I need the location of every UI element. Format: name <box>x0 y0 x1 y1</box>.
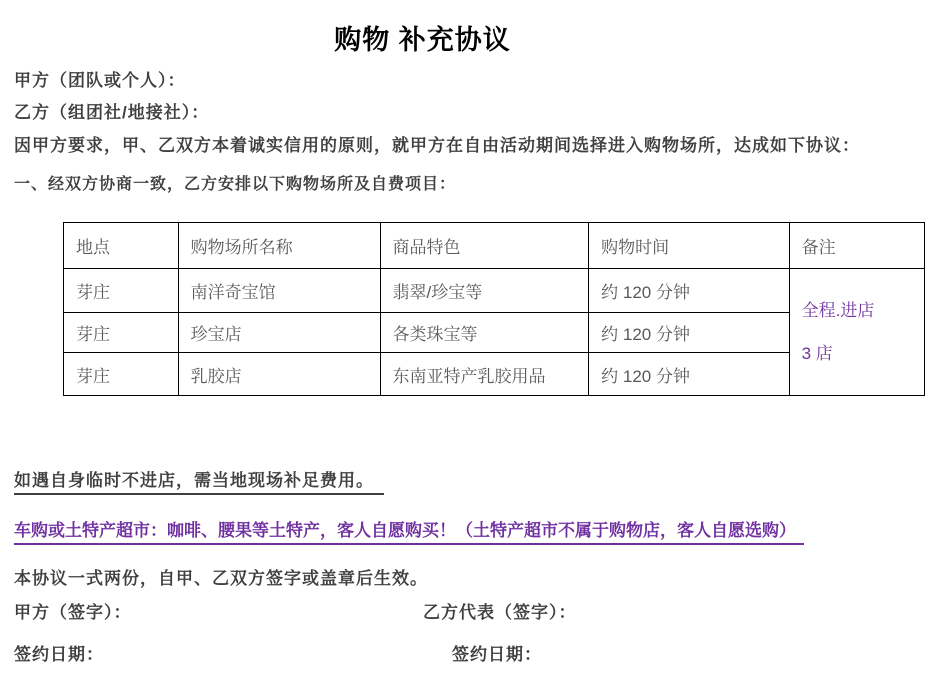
sign-date-a-label: 签约日期： <box>14 640 104 665</box>
cell-feature: 翡翠/珍宝等 <box>380 269 589 313</box>
header-location: 地点 <box>64 223 179 269</box>
party-b-line: 乙方（组团社/地接社）： <box>14 98 209 123</box>
document-page: 购物 补充协议 甲方（团队或个人）： 乙方（组团社/地接社）： 因甲方要求，甲、… <box>0 0 925 675</box>
no-entry-note: 如遇自身临时不进店，需当地现场补足费用。 <box>14 466 384 495</box>
party-a-signature-label: 甲方（签字）： <box>14 598 132 623</box>
cell-shop-name: 乳胶店 <box>178 353 380 396</box>
remark-line-1: 全程.进店 <box>802 301 875 320</box>
cell-time: 约 120 分钟 <box>589 313 789 353</box>
effective-note: 本协议一式两份，自甲、乙双方签字或盖章后生效。 <box>14 564 428 589</box>
preamble-line: 因甲方要求，甲、乙双方本着诚实信用的原则，就甲方在自由活动期间选择进入购物场所，… <box>14 131 860 156</box>
cell-feature: 各类珠宝等 <box>380 313 589 353</box>
cell-shop-name: 南洋奇宝馆 <box>178 269 380 313</box>
party-b-signature-label: 乙方代表（签字）： <box>423 598 577 623</box>
header-feature: 商品特色 <box>380 223 589 269</box>
header-shop-name: 购物场所名称 <box>178 223 380 269</box>
table-row: 芽庄 南洋奇宝馆 翡翠/珍宝等 约 120 分钟 全程.进店 3 店 <box>64 269 925 313</box>
cell-remark: 全程.进店 3 店 <box>789 269 924 396</box>
cell-time: 约 120 分钟 <box>589 353 789 396</box>
document-title: 购物 补充协议 <box>0 18 845 57</box>
remark-line-2: 3 店 <box>802 344 833 363</box>
souvenir-note: 车购或土特产超市：咖啡、腰果等土特产，客人自愿购买！（土特产超市不属于购物店，客… <box>14 516 804 545</box>
cell-feature: 东南亚特产乳胶用品 <box>380 353 589 396</box>
header-remark: 备注 <box>789 223 924 269</box>
section1-heading: 一、经双方协商一致，乙方安排以下购物场所及自费项目： <box>14 171 456 194</box>
cell-location: 芽庄 <box>64 269 179 313</box>
party-a-line: 甲方（团队或个人）： <box>14 66 186 91</box>
cell-location: 芽庄 <box>64 313 179 353</box>
header-time: 购物时间 <box>589 223 789 269</box>
shopping-table: 地点 购物场所名称 商品特色 购物时间 备注 芽庄 南洋奇宝馆 翡翠/珍宝等 约… <box>63 222 925 396</box>
cell-shop-name: 珍宝店 <box>178 313 380 353</box>
cell-time: 约 120 分钟 <box>589 269 789 313</box>
sign-date-b-label: 签约日期： <box>452 640 542 665</box>
table-header-row: 地点 购物场所名称 商品特色 购物时间 备注 <box>64 223 925 269</box>
cell-location: 芽庄 <box>64 353 179 396</box>
